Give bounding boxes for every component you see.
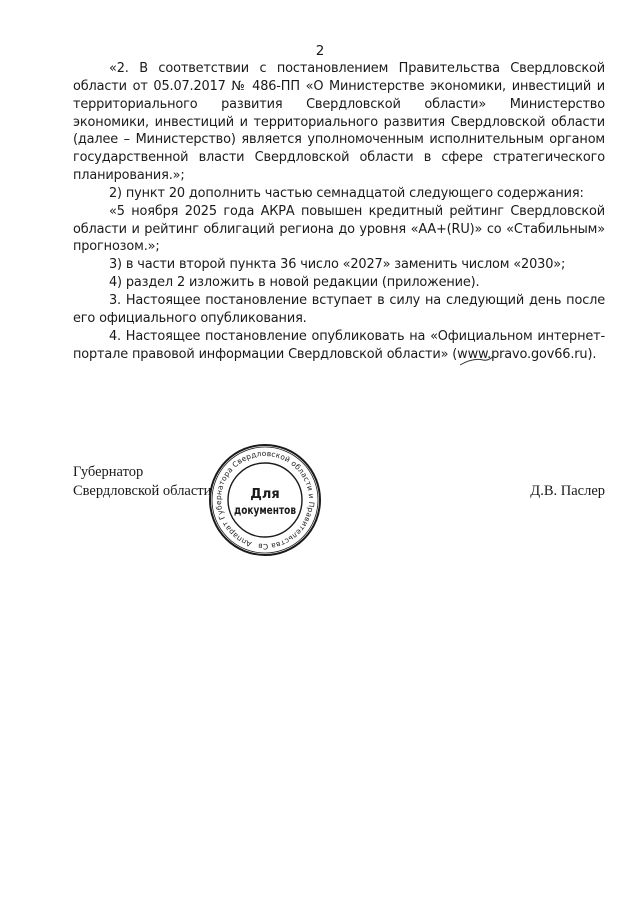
stamp-seal-icon: Аппарат Губернатора Свердловской области… — [207, 442, 323, 558]
paragraph-publication: 4. Настоящее постановление опубликовать … — [73, 328, 605, 364]
document-body: «2. В соответствии с постановлением Прав… — [73, 60, 605, 363]
signature-position: Губернатор Свердловской области — [73, 463, 211, 501]
publication-text-end: ). — [587, 347, 596, 362]
signature-name: Д.В. Паслер — [530, 482, 605, 501]
paragraph-item-3: 3) в части второй пункта 36 число «2027»… — [73, 256, 605, 274]
publication-url: www.pravo.gov66.ru — [457, 347, 587, 362]
paragraph-ministry-clause: «2. В соответствии с постановлением Прав… — [73, 60, 605, 185]
signature-position-line1: Губернатор — [73, 463, 211, 482]
stamp-center-line2: документов — [234, 503, 296, 517]
official-stamp: Аппарат Губернатора Свердловской области… — [207, 442, 323, 558]
page-number: 2 — [0, 42, 640, 60]
signature-position-line2: Свердловской области — [73, 482, 211, 501]
publication-url-text: www.pravo.gov66.ru — [457, 347, 587, 362]
stamp-center-line1: Для — [250, 487, 279, 502]
paragraph-rating-clause: «5 ноября 2025 года АКРА повышен кредитн… — [73, 203, 605, 257]
paragraph-effective-date: 3. Настоящее постановление вступает в си… — [73, 292, 605, 328]
paragraph-item-2: 2) пункт 20 дополнить частью семнадцатой… — [73, 185, 605, 203]
paragraph-item-4: 4) раздел 2 изложить в новой редакции (п… — [73, 274, 605, 292]
